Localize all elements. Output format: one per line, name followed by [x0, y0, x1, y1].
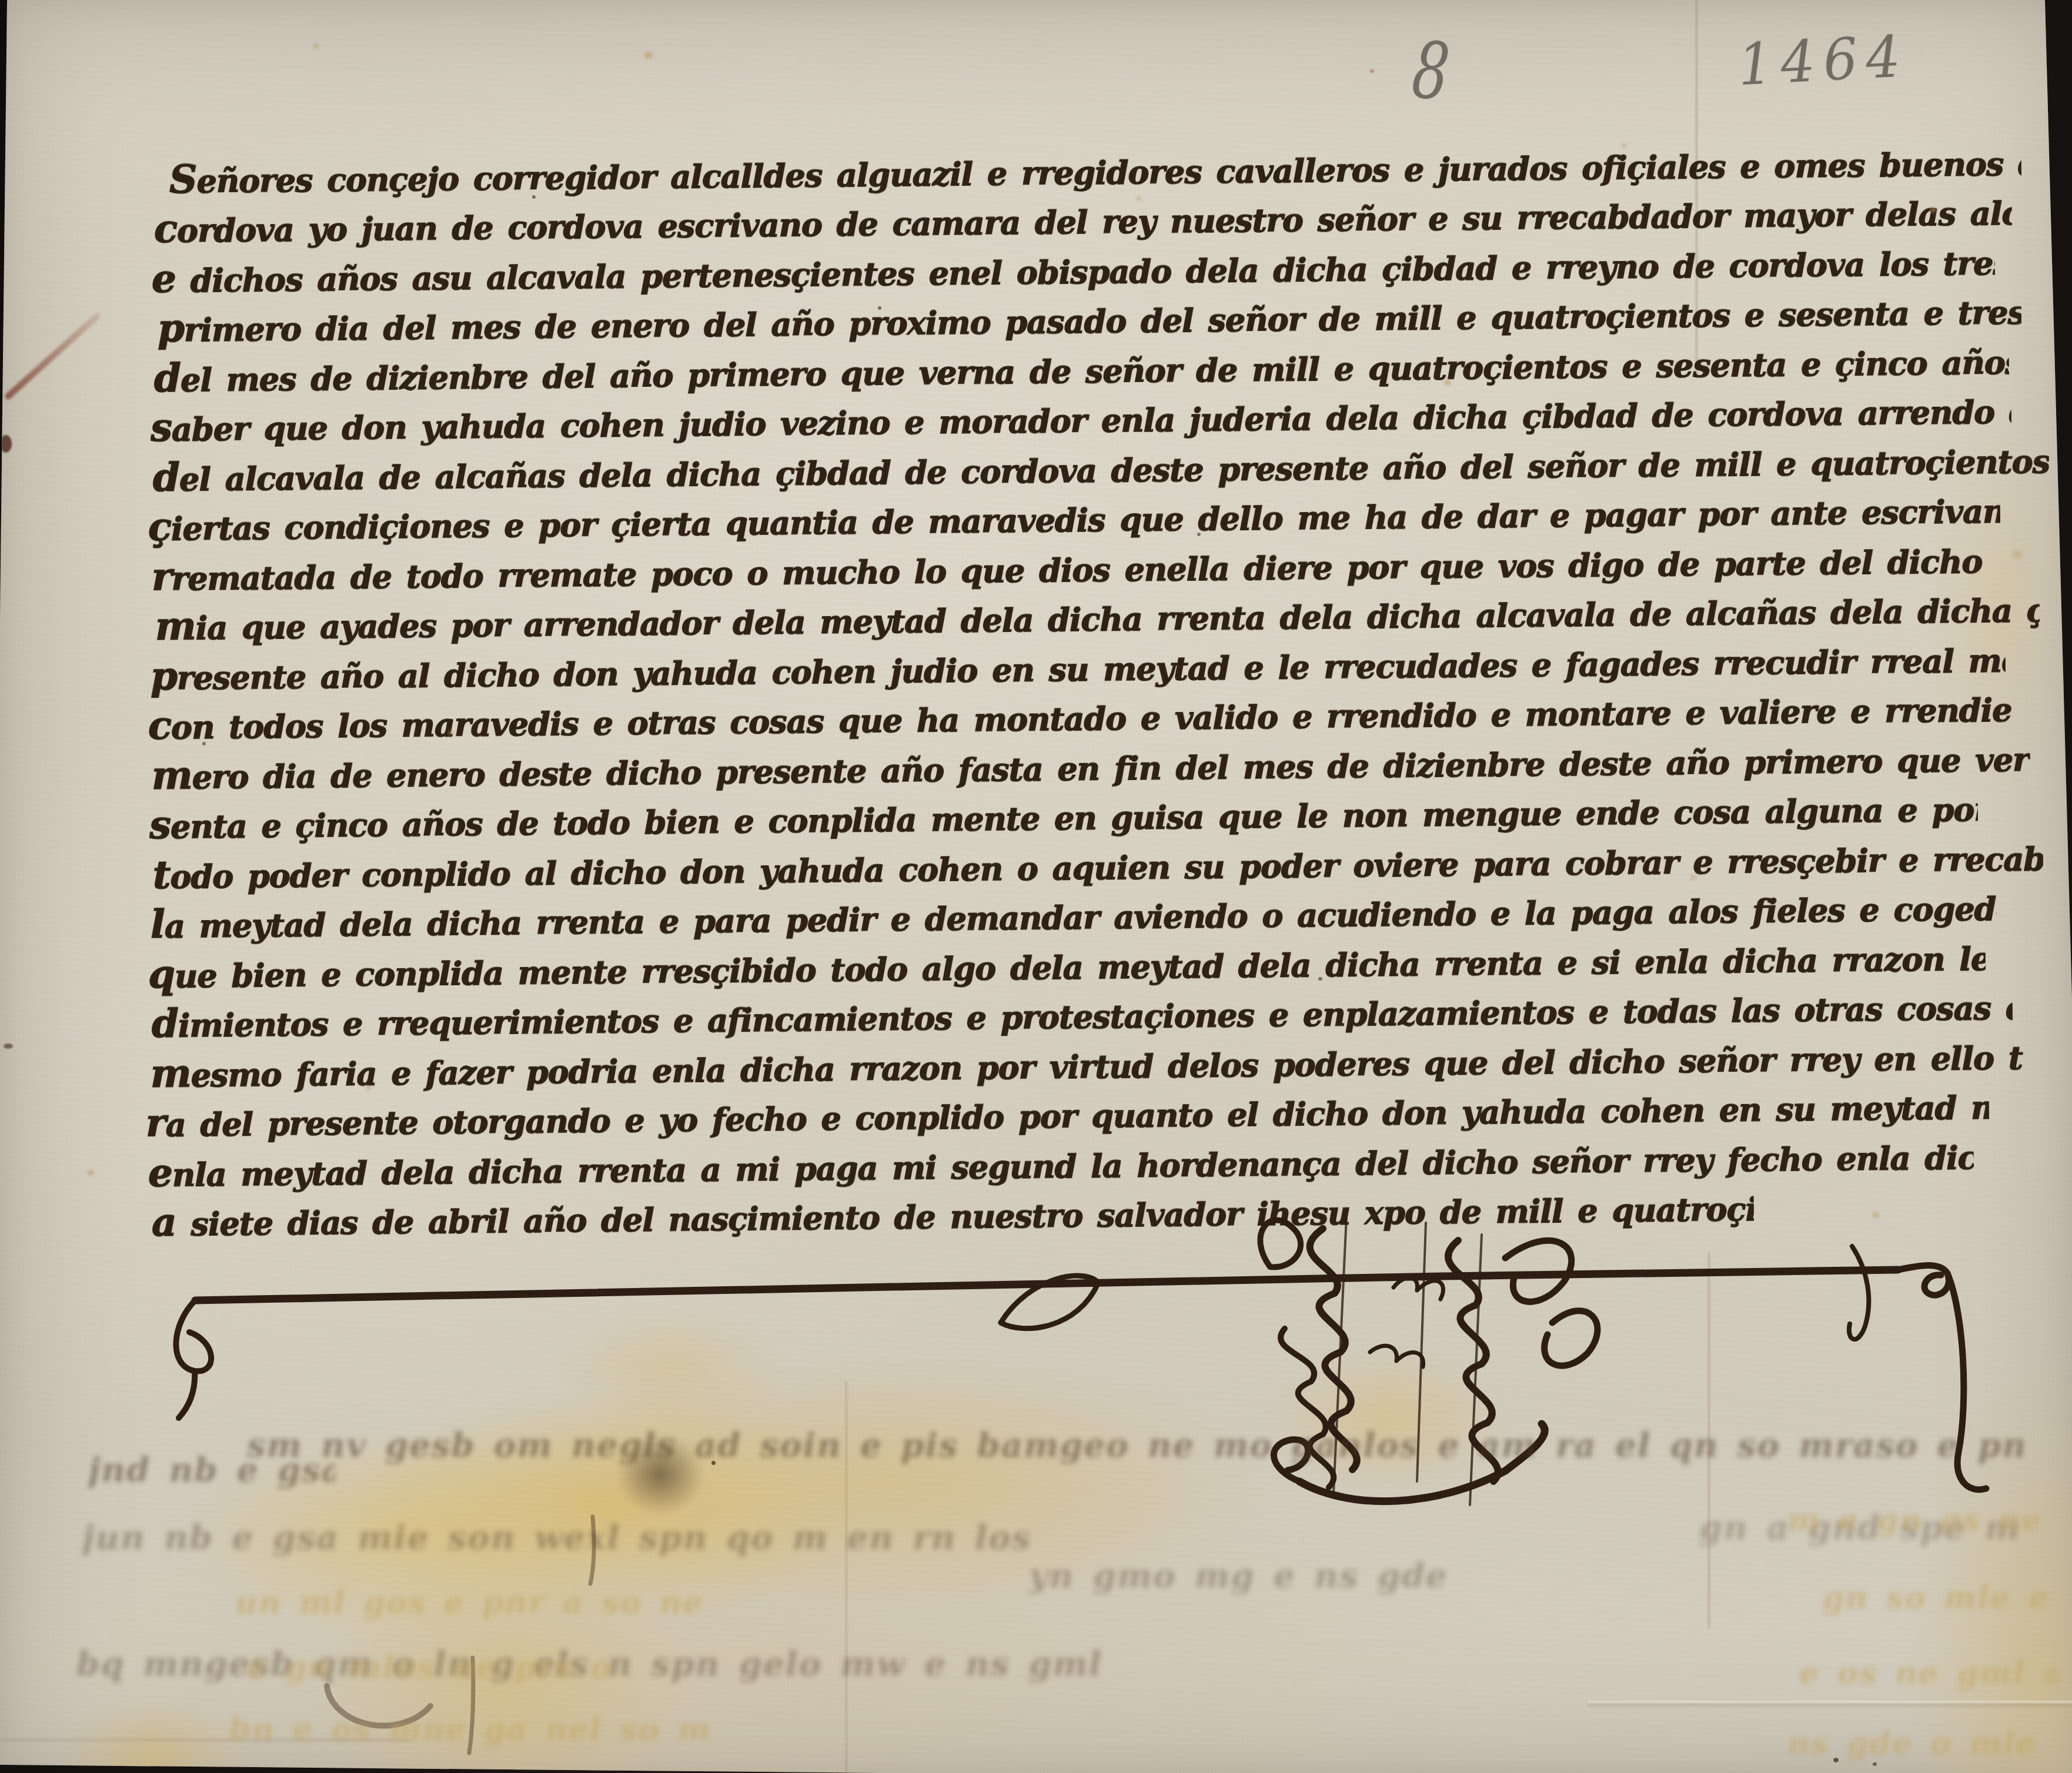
- verso-showthrough-line: bq mngesb qm o ln g els n spn gelo mw e …: [76, 1646, 1111, 1682]
- manuscript-line: saber que don yahuda cohen judio vezino …: [151, 390, 2012, 450]
- verso-showthrough-faint: un ml gos e pnr a so ne: [235, 1585, 858, 1621]
- manuscript-line: e dichos años asu alcavala pertenesçient…: [152, 242, 1996, 302]
- ink-speck: [711, 1461, 716, 1465]
- ink-speck: [1873, 1762, 1877, 1766]
- verso-showthrough-line: gn a gnd spe m: [1699, 1510, 2064, 1546]
- manuscript-line: del mes de dizienbre del año primero que…: [154, 341, 2010, 401]
- ink-speck: [4, 1043, 13, 1049]
- red-ink-edge-blob: [0, 435, 12, 453]
- manuscript-line: a siete dias de abril año del nasçimient…: [152, 1187, 1754, 1245]
- verso-arc-marks: [327, 1517, 594, 1753]
- manuscript-line: mesmo faria e fazer podria enla dicha rr…: [151, 1036, 2024, 1096]
- verso-showthrough-faint: ns gde o mle: [1787, 1726, 2058, 1762]
- verso-showthrough-faint: e gn mlos ne prs o: [247, 1650, 823, 1686]
- manuscript-line: Señores conçejo corregidor alcalldes alg…: [169, 142, 2022, 202]
- folio-number-annotation: 8: [1409, 31, 1452, 111]
- manuscript-line: todo poder conplido al dicho don yahuda …: [153, 837, 2044, 898]
- manuscript-line: dimientos e rrequerimientos e afincamien…: [152, 986, 2013, 1046]
- foxing-dot: [87, 1170, 94, 1176]
- crease-horizontal-right: [1588, 1701, 2072, 1703]
- manuscript-line: que bien e conplida mente rresçibido tod…: [148, 937, 1986, 997]
- manuscript-line: mia que ayades por arrendador dela meyta…: [155, 588, 2040, 649]
- parchment-sheet: 8 1464 Señores conçejo corregidor alcall…: [0, 0, 2072, 1773]
- manuscript-line: presente año al dicho don yahuda cohen j…: [151, 639, 2006, 699]
- verso-ink-blotch: [616, 1433, 704, 1516]
- verso-showthrough-faint: m e gn os ne pra: [1787, 1503, 2058, 1539]
- manuscript-line: cordova yo juan de cordova escrivano de …: [154, 192, 2013, 252]
- verso-showthrough-line: jun nb e gsa mie son wexl spn qo m en rn…: [82, 1520, 1047, 1556]
- manuscript-line: rrematada de todo rremate poco o mucho l…: [152, 540, 1993, 600]
- foxing-dot: [2012, 550, 2023, 558]
- foxing-dot: [644, 52, 653, 59]
- crease-horizontal-left: [0, 1739, 412, 1741]
- scanned-manuscript-photo: 8 1464 Señores conçejo corregidor alcall…: [0, 0, 2072, 1773]
- manuscript-line: çiertas condiçiones e por çierta quantia…: [148, 490, 2001, 550]
- crease-horizontal-right-shadow: [1588, 1704, 2072, 1707]
- verso-showthrough-line: yn gmo mg e ns gde: [1029, 1558, 1605, 1594]
- manuscript-line: mero dia de enero deste dicho presente a…: [152, 738, 2031, 798]
- manuscript-line: enla meytad dela dicha rrenta a mi paga …: [148, 1136, 1974, 1196]
- notarial-rubric: [1260, 1217, 1598, 1505]
- ink-speck: [1833, 1758, 1839, 1762]
- verso-showthrough-line: sm nv gesb om negls ad soin e pis bamgeo…: [247, 1427, 2023, 1464]
- closing-flourish-line: [176, 1246, 1986, 1490]
- manuscript-line: del alcavala de alcañas dela dicha çibda…: [153, 440, 2050, 500]
- manuscript-line: ra del presente otorgando e yo fecho e c…: [146, 1086, 1990, 1146]
- verso-showthrough-faint: gn so mle e ns: [1823, 1580, 2058, 1617]
- verso-showthrough-faint: e os ne gml a: [1799, 1655, 2058, 1692]
- manuscript-line: con todos los maravedis e otras cosas qu…: [148, 688, 2013, 748]
- foxing-dot: [313, 44, 319, 49]
- verso-showthrough-line: jnd nb e gsa: [88, 1452, 335, 1488]
- manuscript-line: senta e çinco años de todo bien e conpli…: [149, 788, 1979, 848]
- manuscript-line: la meytad dela dicha rrenta e para pedir…: [151, 887, 1997, 947]
- crease-vertical-mid: [1708, 1252, 1710, 1628]
- verso-showthrough-faint: bn e os mne ga nel so m: [229, 1712, 888, 1748]
- crease-vertical-bottom: [845, 1381, 847, 1773]
- red-ink-margin-smudge: [4, 312, 101, 400]
- ink-speck: [1370, 69, 1374, 73]
- year-annotation: 1464: [1737, 28, 1910, 94]
- foxing-dot: [1872, 1212, 1879, 1218]
- manuscript-line: primero dia del mes de enero del año pro…: [158, 291, 2022, 351]
